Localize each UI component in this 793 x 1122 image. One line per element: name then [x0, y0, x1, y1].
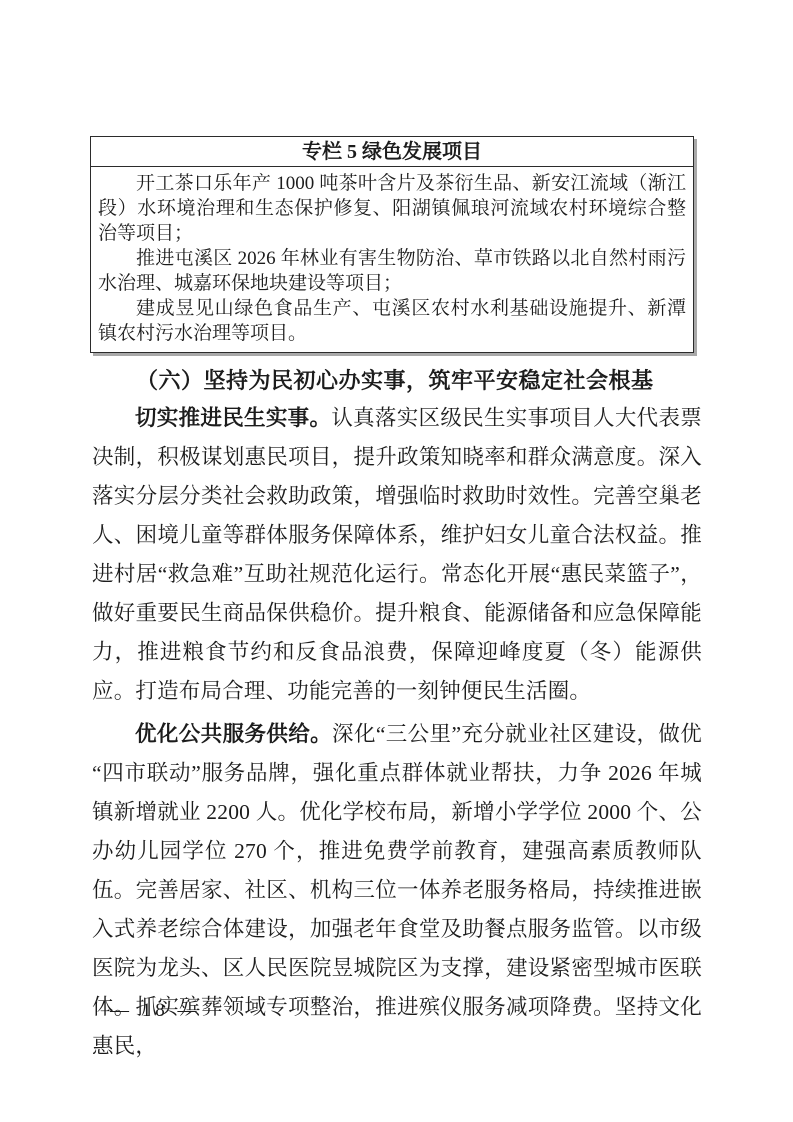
feature-box-paragraph-3: 建成昱见山绿色食品生产、屯溪区农村水利基础设施提升、新潭镇农村污水治理等项目。: [98, 296, 686, 346]
feature-box-title: 专栏 5 绿色发展项目: [91, 137, 693, 167]
feature-box-paragraph-1: 开工茶口乐年产 1000 吨茶叶含片及茶衍生品、新安江流域（渐江段）水环境治理和…: [98, 171, 686, 246]
document-page: 专栏 5 绿色发展项目 开工茶口乐年产 1000 吨茶叶含片及茶衍生品、新安江流…: [0, 0, 793, 1122]
section-heading: （六）坚持为民初心办实事，筑牢平安稳定社会根基: [92, 367, 702, 395]
body-paragraph-2-lead: 优化公共服务供给。: [135, 722, 332, 746]
text-column: 专栏 5 绿色发展项目 开工茶口乐年产 1000 吨茶叶含片及茶衍生品、新安江流…: [92, 136, 702, 1066]
feature-box-body: 开工茶口乐年产 1000 吨茶叶含片及茶衍生品、新安江流域（渐江段）水环境治理和…: [91, 167, 693, 352]
body-paragraph-1-text: 认真落实区级民生实事项目人大代表票决制，积极谋划惠民项目，提升政策知晓率和群众满…: [92, 406, 702, 703]
feature-box: 专栏 5 绿色发展项目 开工茶口乐年产 1000 吨茶叶含片及茶衍生品、新安江流…: [90, 136, 694, 353]
body-paragraph-1-lead: 切实推进民生实事。: [135, 406, 331, 430]
body-paragraph-1: 切实推进民生实事。认真落实区级民生实事项目人大代表票决制，积极谋划惠民项目，提升…: [92, 399, 702, 711]
feature-box-paragraph-2: 推进屯溪区 2026 年林业有害生物防治、草市铁路以北自然村雨污水治理、城嘉环保…: [98, 246, 686, 296]
page-number: — 18 —: [110, 1000, 201, 1022]
